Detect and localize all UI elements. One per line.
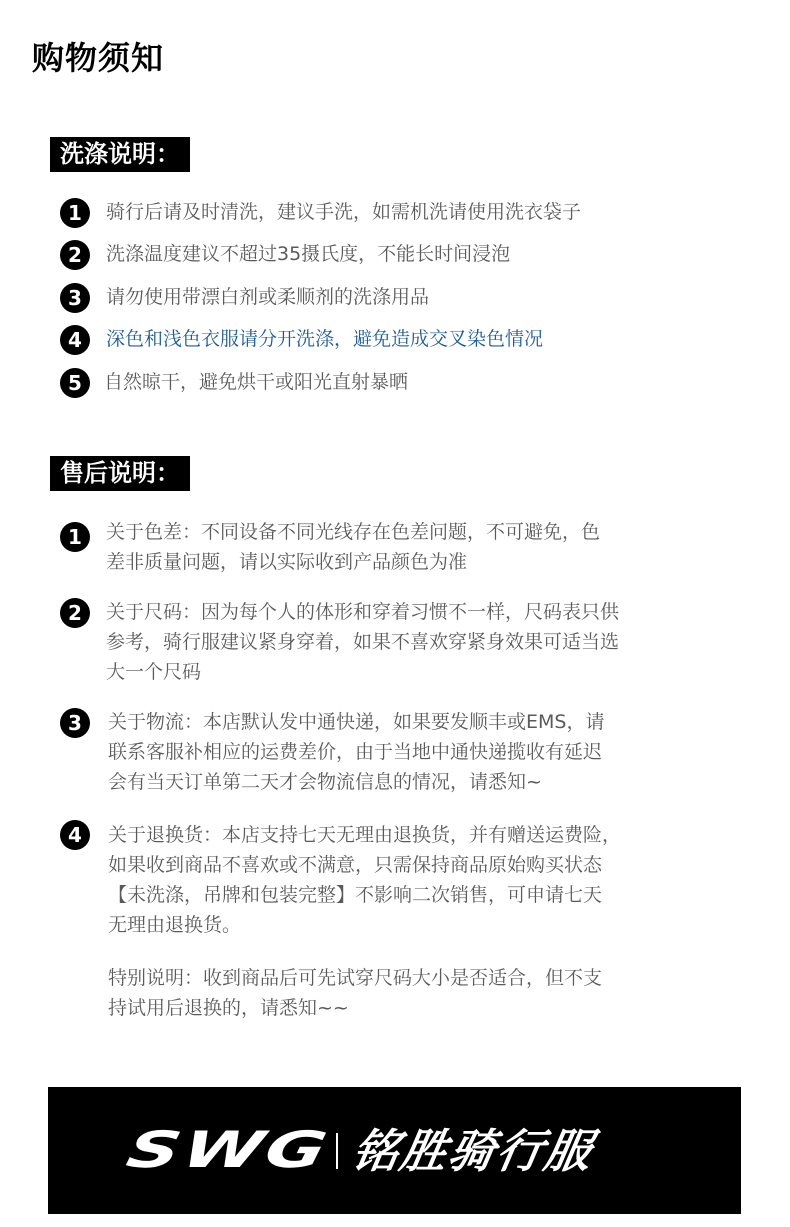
text-line: 差非质量问题，请以实际收到产品颜色为准 — [106, 547, 706, 577]
text-line: 关于退换货：本店支持七天无理由退换货，并有赠送运费险， — [108, 820, 728, 850]
text-line: 无理由退换货。 — [108, 910, 728, 940]
after-sales-item-shipping: 关于物流：本店默认发中通快递，如果要发顺丰或EMS，请 联系客服补相应的运费差价… — [108, 707, 708, 797]
swg-logo: SWG — [121, 1117, 335, 1183]
washing-item-4-highlight: 深色和浅色衣服请分开洗涤，避免造成交叉染色情况 — [106, 326, 543, 352]
after-sales-section-tag: 售后说明： — [50, 456, 190, 491]
number-badge-1: 1 — [60, 198, 90, 228]
washing-item-1: 骑行后请及时清洗，建议手洗，如需机洗请使用洗衣袋子 — [106, 199, 581, 225]
text-line: 参考，骑行服建议紧身穿着，如果不喜欢穿紧身效果可适当选 — [106, 627, 706, 657]
text-line: 关于色差：不同设备不同光线存在色差问题，不可避免，色 — [106, 517, 706, 547]
after-sales-item-size: 关于尺码：因为每个人的体形和穿着习惯不一样，尺码表只供 参考，骑行服建议紧身穿着… — [106, 597, 706, 687]
text-line: 持试用后退换的，请悉知~~ — [108, 993, 708, 1023]
number-badge-5: 5 — [60, 368, 90, 398]
washing-item-5: 自然晾干，避免烘干或阳光直射暴晒 — [104, 369, 408, 395]
washing-item-3: 请勿使用带漂白剂或柔顺剂的洗涤用品 — [106, 284, 429, 310]
text-line: 特别说明：收到商品后可先试穿尺码大小是否适合，但不支 — [108, 963, 708, 993]
number-badge-2: 2 — [60, 240, 90, 270]
washing-item-2: 洗涤温度建议不超过35摄氏度，不能长时间浸泡 — [106, 241, 510, 267]
number-badge-2: 2 — [60, 598, 90, 628]
after-sales-item-color: 关于色差：不同设备不同光线存在色差问题，不可避免，色 差非质量问题，请以实际收到… — [106, 517, 706, 577]
text-line: 关于物流：本店默认发中通快递，如果要发顺丰或EMS，请 — [108, 707, 708, 737]
brand-banner: SWG 铭胜骑行服 — [48, 1087, 741, 1214]
number-badge-3: 3 — [60, 708, 90, 738]
number-badge-3: 3 — [60, 283, 90, 313]
number-badge-4: 4 — [60, 820, 90, 850]
washing-section-tag: 洗涤说明： — [50, 137, 190, 172]
text-line: 关于尺码：因为每个人的体形和穿着习惯不一样，尺码表只供 — [106, 597, 706, 627]
number-badge-4: 4 — [60, 325, 90, 355]
text-line: 【未洗涤，吊牌和包装完整】不影响二次销售，可申请七天 — [108, 880, 728, 910]
text-line: 如果收到商品不喜欢或不满意，只需保持商品原始购买状态 — [108, 850, 728, 880]
logo-divider — [336, 1133, 338, 1169]
brand-name: 铭胜骑行服 — [348, 1121, 599, 1181]
special-note: 特别说明：收到商品后可先试穿尺码大小是否适合，但不支 持试用后退换的，请悉知~~ — [108, 963, 708, 1023]
after-sales-item-returns: 关于退换货：本店支持七天无理由退换货，并有赠送运费险， 如果收到商品不喜欢或不满… — [108, 820, 728, 940]
text-line: 会有当天订单第二天才会物流信息的情况，请悉知~ — [108, 767, 708, 797]
page-title: 购物须知 — [32, 38, 164, 78]
text-line: 大一个尺码 — [106, 657, 706, 687]
number-badge-1: 1 — [60, 522, 90, 552]
text-line: 联系客服补相应的运费差价，由于当地中通快递揽收有延迟 — [108, 737, 708, 767]
